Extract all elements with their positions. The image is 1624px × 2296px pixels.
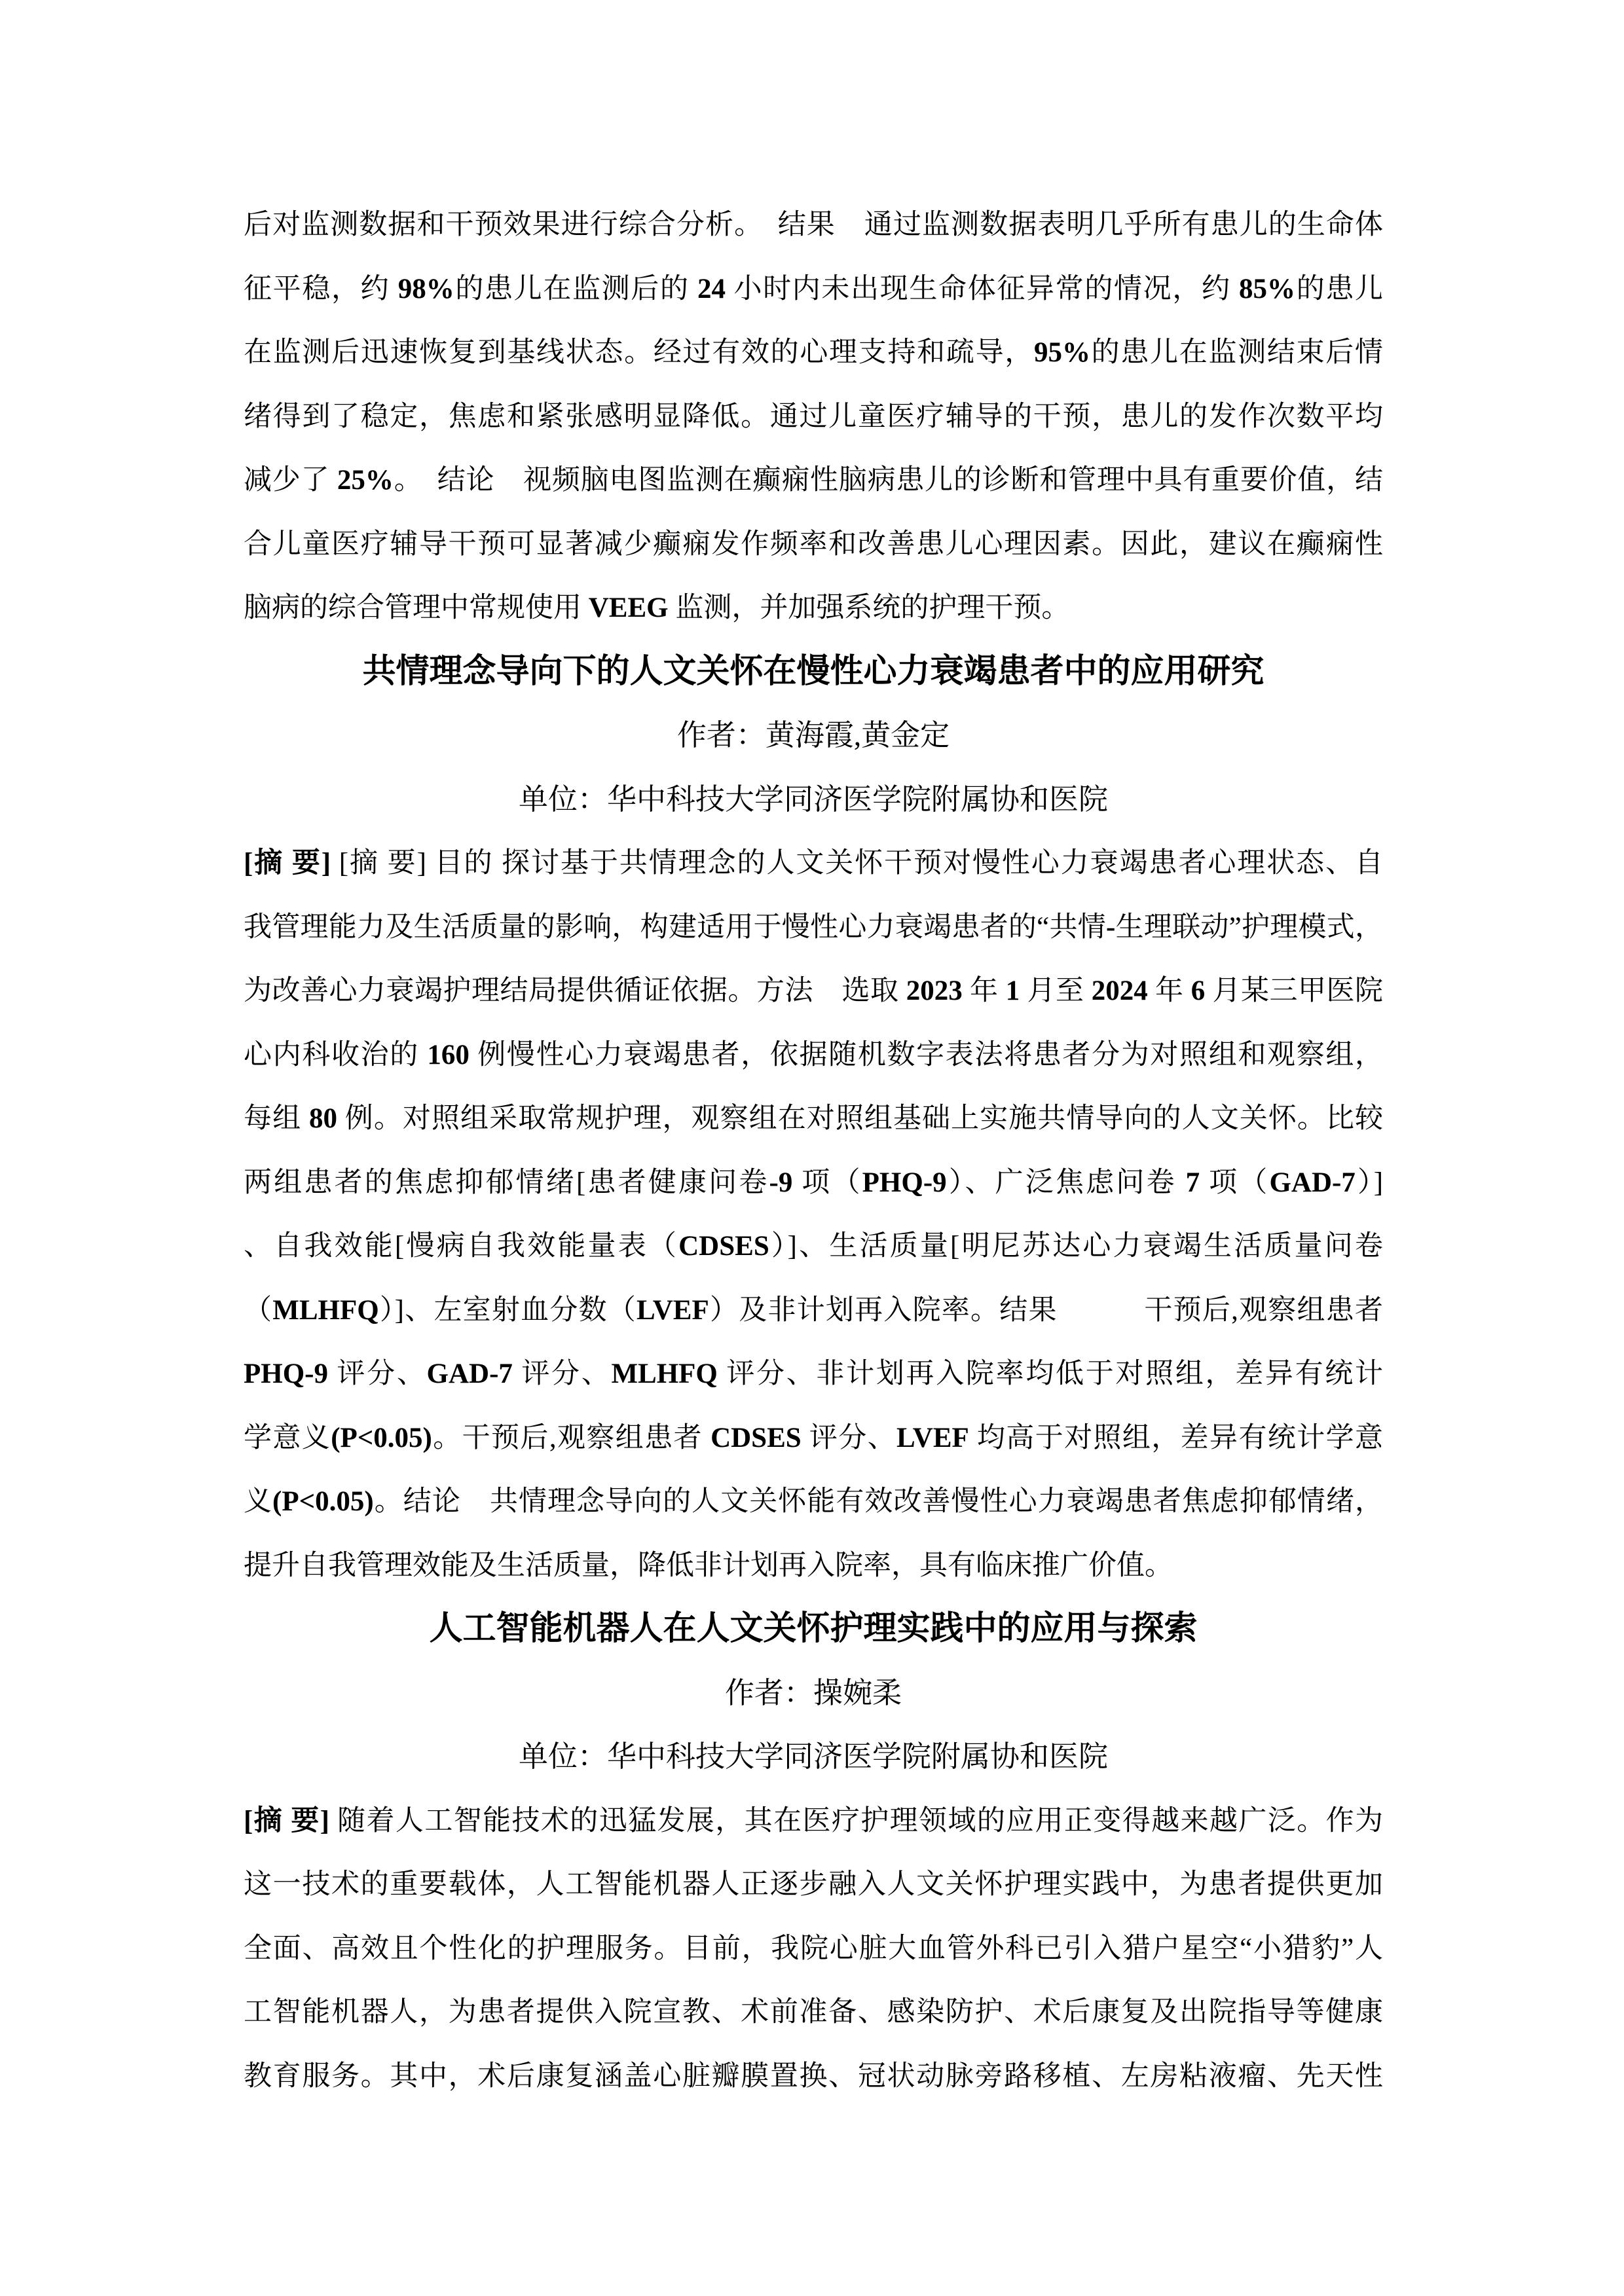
paper3-abstract-line4: 工智能机器人，为患者提供入院宣教、术前准备、感染防护、术后康复及出院指导等健康: [244, 1980, 1383, 2045]
bold-text-run: MLHFQ: [611, 1358, 717, 1389]
paper3-title: 人工智能机器人在人文关怀护理实践中的应用与探索: [244, 1597, 1383, 1662]
text-run: 在监测后迅速恢复到基线状态。经过有效的心理支持和疏导，: [244, 337, 1034, 368]
text-run: 两组患者的焦虑抑郁情绪[患者健康问卷: [244, 1167, 769, 1198]
text-run: 项（: [1200, 1167, 1269, 1198]
paper3-abstract-line5: 教育服务。其中，术后康复涵盖心脏瓣膜置换、冠状动脉旁路移植、左房粘液瘤、先天性: [244, 2045, 1383, 2109]
bold-text-run: PHQ-9: [244, 1358, 328, 1389]
text-run: ）、广泛焦虑问卷: [947, 1167, 1186, 1198]
text-run: ）]: [1356, 1167, 1383, 1198]
text-run: [摘 要] 目的 探讨基于共情理念的人文关怀干预对慢性心力衰竭患者心理状态、自: [331, 848, 1383, 879]
bold-text-run: 160: [427, 1040, 470, 1070]
text-run: 月至: [1020, 975, 1092, 1006]
text-run: 评分、非计划再入院率均低于对照组，差异有统计: [718, 1358, 1383, 1389]
abstract1-result-line4: 绪得到了稳定，焦虑和紧张感明显降低。通过儿童医疗辅导的干预，患儿的发作次数平均: [244, 385, 1383, 449]
paper2-abstract-line5: 每组 80 例。对照组采取常规护理，观察组在对照组基础上实施共情导向的人文关怀。…: [244, 1087, 1383, 1151]
paper2-abstract-line10: 学意义(P<0.05)。干预后,观察组患者 CDSES 评分、LVEF 均高于对…: [244, 1406, 1383, 1470]
text-run: ）及非计划再入院率。结果 干预后,观察组患者: [709, 1295, 1383, 1326]
text-run: 生理联动”护理模式，: [1115, 912, 1383, 943]
text-run: 全面、高效且个性化的护理服务。目前，我院心脏大血管外科已引入猎户星空“小猎豹”人: [244, 1933, 1383, 1964]
text-run: 的患儿在监测结束后情: [1090, 337, 1383, 368]
paper2-abstract-line9: PHQ-9 评分、GAD-7 评分、MLHFQ 评分、非计划再入院率均低于对照组…: [244, 1342, 1383, 1406]
bold-text-run: 85%: [1239, 274, 1295, 304]
paper2-abstract-line12: 提升自我管理效能及生活质量，降低非计划再入院率，具有临床推广价值。: [244, 1534, 1383, 1598]
paper2-abstract-line11: 义(P<0.05)。结论 共情理念导向的人文关怀能有效改善慢性心力衰竭患者焦虑抑…: [244, 1470, 1383, 1534]
paper2-abstract-line2: 我管理能力及生活质量的影响，构建适用于慢性心力衰竭患者的“共情-生理联动”护理模…: [244, 896, 1383, 960]
text-run: 月某三甲医院: [1205, 975, 1383, 1006]
bold-text-run: PHQ-9: [862, 1167, 947, 1198]
bold-text-run: 95%: [1034, 337, 1090, 368]
text-run: 项（: [792, 1167, 862, 1198]
text-run: 工智能机器人，为患者提供入院宣教、术前准备、感染防护、术后康复及出院指导等健康: [244, 1997, 1383, 2028]
text-run: 脑病的综合管理中常规使用: [244, 592, 589, 623]
paper2-abstract-line1: [摘 要] [摘 要] 目的 探讨基于共情理念的人文关怀干预对慢性心力衰竭患者心…: [244, 831, 1383, 896]
bold-text-run: [摘 要]: [244, 1806, 329, 1836]
bold-text-run: VEEG: [589, 592, 669, 623]
bold-text-run: (P<0.05): [272, 1486, 374, 1517]
abstract1-conclusion-line2: 合儿童医疗辅导干预可显著减少癫痫发作频率和改善患儿心理因素。因此，建议在癫痫性: [244, 513, 1383, 577]
paper3-abstract-line1: [摘 要] 随着人工智能技术的迅猛发展，其在医疗护理领域的应用正变得越来越广泛。…: [244, 1789, 1383, 1853]
text-run: （: [244, 1295, 272, 1326]
text-run: 例。对照组采取常规护理，观察组在对照组基础上实施共情导向的人文关怀。比较: [337, 1103, 1383, 1134]
text-run: 、自我效能[慢病自我效能量表（: [244, 1231, 678, 1262]
paper2-abstract-line6: 两组患者的焦虑抑郁情绪[患者健康问卷-9 项（PHQ-9）、广泛焦虑问卷 7 项…: [244, 1151, 1383, 1215]
bold-text-run: LVEF: [637, 1295, 709, 1326]
document-body: 后对监测数据和干预效果进行综合分析。 结果 通过监测数据表明几乎所有患儿的生命体…: [244, 193, 1383, 2108]
text-run: 提升自我管理效能及生活质量，降低非计划再入院率，具有临床推广价值。: [244, 1550, 1173, 1581]
bold-text-run: 98%: [398, 274, 454, 304]
paper2-abstract-line8: （MLHFQ）]、左室射血分数（LVEF）及非计划再入院率。结果 干预后,观察组…: [244, 1279, 1383, 1343]
text-run: 单位：华中科技大学同济医学院附属协和医院: [519, 783, 1108, 816]
text-run: 。干预后,观察组患者: [432, 1423, 710, 1453]
text-run: 合儿童医疗辅导干预可显著减少癫痫发作频率和改善患儿心理因素。因此，建议在癫痫性: [244, 529, 1383, 560]
paper3-abstract-line3: 全面、高效且个性化的护理服务。目前，我院心脏大血管外科已引入猎户星空“小猎豹”人: [244, 1917, 1383, 1981]
abstract1-conclusion-line3: 脑病的综合管理中常规使用 VEEG 监测，并加强系统的护理干预。: [244, 576, 1383, 640]
bold-text-run: 2024: [1092, 975, 1148, 1006]
text-run: 教育服务。其中，术后康复涵盖心脏瓣膜置换、冠状动脉旁路移植、左房粘液瘤、先天性: [244, 2061, 1383, 2092]
text-run: ）]、左室射血分数（: [379, 1295, 637, 1326]
text-run: 年: [1148, 975, 1191, 1006]
bold-text-run: 25%: [337, 465, 394, 496]
text-run: 均高于对照组，差异有统计学意: [969, 1423, 1383, 1453]
abstract1-result-line3: 在监测后迅速恢复到基线状态。经过有效的心理支持和疏导，95%的患儿在监测结束后情: [244, 321, 1383, 385]
text-run: 后对监测数据和干预效果进行综合分析。 结果 通过监测数据表明几乎所有患儿的生命体: [244, 210, 1383, 240]
paper3-affiliation: 单位：华中科技大学同济医学院附属协和医院: [244, 1725, 1383, 1789]
text-run: 为改善心力衰竭护理结局提供循证依据。方法 选取: [244, 975, 906, 1006]
abstract1-result-line2: 征平稳，约 98%的患儿在监测后的 24 小时内未出现生命体征异常的情况，约 8…: [244, 257, 1383, 321]
bold-text-run: 1: [1006, 975, 1020, 1006]
bold-text-run: LVEF: [896, 1423, 969, 1453]
paper2-abstract-line3: 为改善心力衰竭护理结局提供循证依据。方法 选取 2023 年 1 月至 2024…: [244, 959, 1383, 1023]
bold-text-run: -9: [769, 1167, 793, 1198]
paper2-title: 共情理念导向下的人文关怀在慢性心力衰竭患者中的应用研究: [244, 640, 1383, 704]
text-run: 的患儿在监测后的: [454, 274, 697, 304]
abstract1-conclusion-line1: 减少了 25%。 结论 视频脑电图监测在癫痫性脑病患儿的诊断和管理中具有重要价值…: [244, 448, 1383, 513]
bold-text-run: 80: [309, 1103, 337, 1134]
text-run: 监测，并加强系统的护理干预。: [669, 592, 1070, 623]
bold-text-run: [摘 要]: [244, 848, 331, 879]
text-run: 这一技术的重要载体，人工智能机器人正逐步融入人文关怀护理实践中，为患者提供更加: [244, 1869, 1383, 1900]
bold-text-run: 2023: [906, 975, 963, 1006]
text-run: 每组: [244, 1103, 309, 1134]
bold-text-run: 人工智能机器人在人文关怀护理实践中的应用与探索: [429, 1611, 1197, 1647]
bold-text-run: 共情理念导向下的人文关怀在慢性心力衰竭患者中的应用研究: [362, 653, 1264, 690]
text-run: 作者：操婉柔: [725, 1677, 902, 1709]
paper3-authors: 作者：操婉柔: [244, 1662, 1383, 1726]
text-run: 年: [963, 975, 1006, 1006]
text-run: 。结论 共情理念导向的人文关怀能有效改善慢性心力衰竭患者焦虑抑郁情绪，: [374, 1486, 1383, 1517]
paper2-abstract-line4: 心内科收治的 160 例慢性心力衰竭患者，依据随机数字表法将患者分为对照组和观察…: [244, 1023, 1383, 1087]
text-run: 的患儿: [1295, 274, 1383, 304]
bold-text-run: MLHFQ: [272, 1295, 378, 1326]
paper2-abstract-line7: 、自我效能[慢病自我效能量表（CDSES）]、生活质量[明尼苏达心力衰竭生活质量…: [244, 1214, 1383, 1279]
text-run: 绪得到了稳定，焦虑和紧张感明显降低。通过儿童医疗辅导的干预，患儿的发作次数平均: [244, 401, 1383, 432]
bold-text-run: (P<0.05): [331, 1423, 432, 1453]
text-run: 单位：华中科技大学同济医学院附属协和医院: [519, 1740, 1108, 1773]
text-run: 作者：黄海霞,黄金定: [677, 719, 950, 752]
bold-text-run: CDSES: [678, 1231, 769, 1262]
text-run: 随着人工智能技术的迅猛发展，其在医疗护理领域的应用正变得越来越广泛。作为: [329, 1806, 1383, 1836]
bold-text-run: 6: [1191, 975, 1206, 1006]
text-run: 义: [244, 1486, 272, 1517]
document-page: 后对监测数据和干预效果进行综合分析。 结果 通过监测数据表明几乎所有患儿的生命体…: [0, 0, 1624, 2296]
text-run: 心内科收治的: [244, 1040, 427, 1070]
text-run: 小时内未出现生命体征异常的情况，约: [726, 274, 1239, 304]
bold-text-run: 24: [697, 274, 726, 304]
text-run: 学意义: [244, 1423, 331, 1453]
bold-text-run: CDSES: [710, 1423, 802, 1453]
paper3-abstract-line2: 这一技术的重要载体，人工智能机器人正逐步融入人文关怀护理实践中，为患者提供更加: [244, 1853, 1383, 1917]
paper2-affiliation: 单位：华中科技大学同济医学院附属协和医院: [244, 768, 1383, 832]
text-run: ）]、生活质量[明尼苏达心力衰竭生活质量问卷: [769, 1231, 1383, 1262]
text-run: 。 结论 视频脑电图监测在癫痫性脑病患儿的诊断和管理中具有重要价值，结: [394, 465, 1383, 496]
bold-text-run: -: [1106, 912, 1115, 943]
text-run: 例慢性心力衰竭患者，依据随机数字表法将患者分为对照组和观察组，: [470, 1040, 1383, 1070]
text-run: 减少了: [244, 465, 337, 496]
bold-text-run: 7: [1186, 1167, 1200, 1198]
text-run: 征平稳，约: [244, 274, 398, 304]
abstract1-result-line1: 后对监测数据和干预效果进行综合分析。 结果 通过监测数据表明几乎所有患儿的生命体: [244, 193, 1383, 257]
text-run: 评分、: [328, 1358, 427, 1389]
text-run: 评分、: [513, 1358, 612, 1389]
paper2-authors: 作者：黄海霞,黄金定: [244, 704, 1383, 768]
bold-text-run: GAD-7: [427, 1358, 513, 1389]
text-run: 我管理能力及生活质量的影响，构建适用于慢性心力衰竭患者的“共情: [244, 912, 1106, 943]
text-run: 评分、: [802, 1423, 896, 1453]
bold-text-run: GAD-7: [1269, 1167, 1355, 1198]
